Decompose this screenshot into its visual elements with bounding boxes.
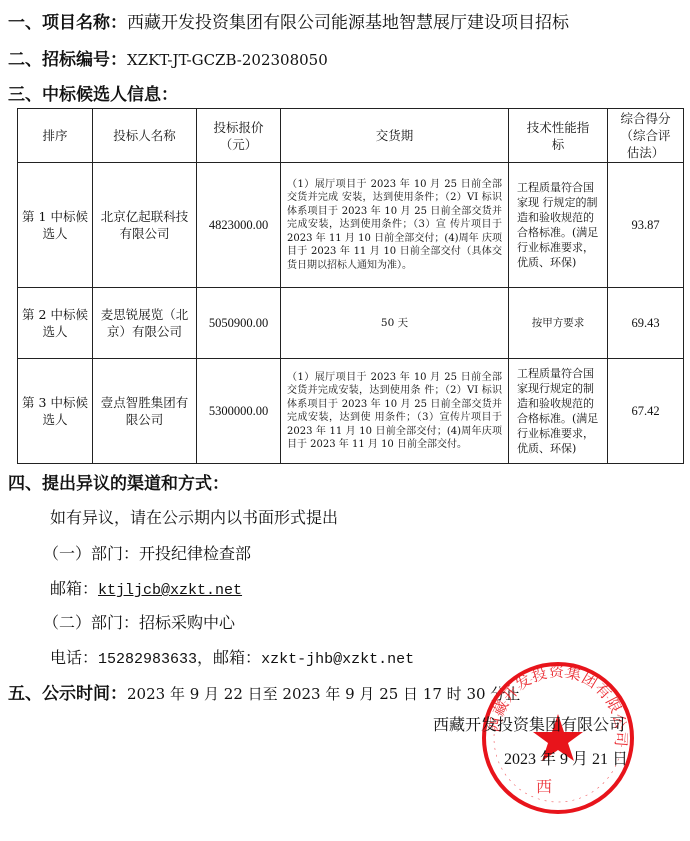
email2-value[interactable]: xzkt-jhb@xzkt.net <box>261 651 414 668</box>
header-score-line1: 综合得分 <box>612 110 679 127</box>
cell-bidder: 壹点智胜集团有限公司 <box>93 359 197 464</box>
candidates-table: 排序 投标人名称 投标报价 （元） 交货期 技术性能指 标 综合得分 （综合评 … <box>17 108 684 464</box>
project-name-value: 西藏开发投资集团有限公司能源基地智慧展厅建设项目招标 <box>127 13 569 33</box>
header-price: 投标报价 （元） <box>197 109 281 163</box>
cell-rank: 第 3 中标候选人 <box>18 359 93 464</box>
publicity-time-value: 2023 年 9 月 22 日至 2023 年 9 月 25 日 17 时 30… <box>127 685 520 703</box>
objection-label: 四、提出异议的渠道和方式： <box>8 474 229 494</box>
header-tech-line1: 技术性能指 <box>513 119 603 136</box>
table-row: 第 3 中标候选人 壹点智胜集团有限公司 5300000.00 （1）展厅项目于… <box>18 359 684 464</box>
table-header-row: 排序 投标人名称 投标报价 （元） 交货期 技术性能指 标 综合得分 （综合评 … <box>18 109 684 163</box>
header-tech: 技术性能指 标 <box>509 109 608 163</box>
cell-score: 69.43 <box>608 288 684 359</box>
candidate-info-label: 三、中标候选人信息： <box>8 85 178 105</box>
header-score: 综合得分 （综合评 估法） <box>608 109 684 163</box>
objection-intro: 如有异议，请在公示期内以书面形式提出 <box>50 505 338 528</box>
tender-number-label: 二、招标编号： <box>8 50 127 70</box>
cell-delivery: （1）展厅项目于 2023 年 10 月 25 日前全部交货并完成 安装，达到使… <box>281 163 509 288</box>
seal-text: 西藏开发投资集团有限公司 <box>486 663 631 748</box>
cell-tech: 工程质量符合国家现行规定的制造和验收规范的合格标准。(满足行业标准要求，优质、环… <box>509 359 608 464</box>
project-name-label: 一、项目名称： <box>8 13 127 33</box>
tender-number-value: XZKT-JT-GCZB-202308050 <box>127 51 328 69</box>
header-tech-line2: 标 <box>513 136 603 153</box>
cell-bidder: 北京亿起联科技有限公司 <box>93 163 197 288</box>
cell-tech: 按甲方要求 <box>509 288 608 359</box>
cell-score: 93.87 <box>608 163 684 288</box>
tender-number-line: 二、招标编号：XZKT-JT-GCZB-202308050 <box>8 45 328 70</box>
objection-email1-line: 邮箱：ktjljcb@xzkt.net <box>50 576 242 599</box>
svg-text:西藏开发投资集团有限公司: 西藏开发投资集团有限公司 <box>486 663 631 748</box>
table-row: 第 1 中标候选人 北京亿起联科技有限公司 4823000.00 （1）展厅项目… <box>18 163 684 288</box>
candidate-info-heading: 三、中标候选人信息： <box>8 80 178 105</box>
objection-dept2: （二）部门：招标采购中心 <box>43 610 235 633</box>
svg-text:西: 西 <box>536 777 552 796</box>
header-bidder: 投标人名称 <box>93 109 197 163</box>
cell-bidder: 麦思锐展览（北京）有限公司 <box>93 288 197 359</box>
header-price-line2: （元） <box>201 136 276 153</box>
phone2-value: 15282983633 <box>98 651 197 668</box>
cell-price: 5050900.00 <box>197 288 281 359</box>
project-name-line: 一、项目名称：西藏开发投资集团有限公司能源基地智慧展厅建设项目招标 <box>8 8 569 33</box>
table-row: 第 2 中标候选人 麦思锐展览（北京）有限公司 5050900.00 50 天 … <box>18 288 684 359</box>
header-rank: 排序 <box>18 109 93 163</box>
header-price-line1: 投标报价 <box>201 119 276 136</box>
header-score-line3: 估法） <box>612 144 679 161</box>
signature-org: 西藏开发投资集团有限公司 <box>433 712 625 735</box>
objection-contact2-line: 电话：15282983633，邮箱：xzkt-jhb@xzkt.net <box>50 645 414 668</box>
cell-delivery: （1）展厅项目于 2023 年 10 月 25 日前全部交货并完成安装，达到使用… <box>281 359 509 464</box>
email2-label: ，邮箱： <box>197 648 261 667</box>
cell-price: 5300000.00 <box>197 359 281 464</box>
cell-rank: 第 2 中标候选人 <box>18 288 93 359</box>
header-score-line2: （综合评 <box>612 127 679 144</box>
email1-label: 邮箱： <box>50 579 98 598</box>
signature-date: 2023 年 9 月 21 日 <box>504 746 628 769</box>
cell-price: 4823000.00 <box>197 163 281 288</box>
objection-heading: 四、提出异议的渠道和方式： <box>8 469 229 494</box>
phone2-label: 电话： <box>50 648 98 667</box>
objection-dept1: （一）部门：开投纪律检查部 <box>43 541 251 564</box>
publicity-time-line: 五、公示时间：2023 年 9 月 22 日至 2023 年 9 月 25 日 … <box>8 679 520 704</box>
cell-score: 67.42 <box>608 359 684 464</box>
cell-tech: 工程质量符合国家现 行规定的制造和验收规范的合格标准。(满足行业标准要求，优质、… <box>509 163 608 288</box>
publicity-time-label: 五、公示时间： <box>8 684 127 704</box>
cell-delivery: 50 天 <box>281 288 509 359</box>
email1-link[interactable]: ktjljcb@xzkt.net <box>98 582 242 599</box>
header-delivery: 交货期 <box>281 109 509 163</box>
cell-rank: 第 1 中标候选人 <box>18 163 93 288</box>
